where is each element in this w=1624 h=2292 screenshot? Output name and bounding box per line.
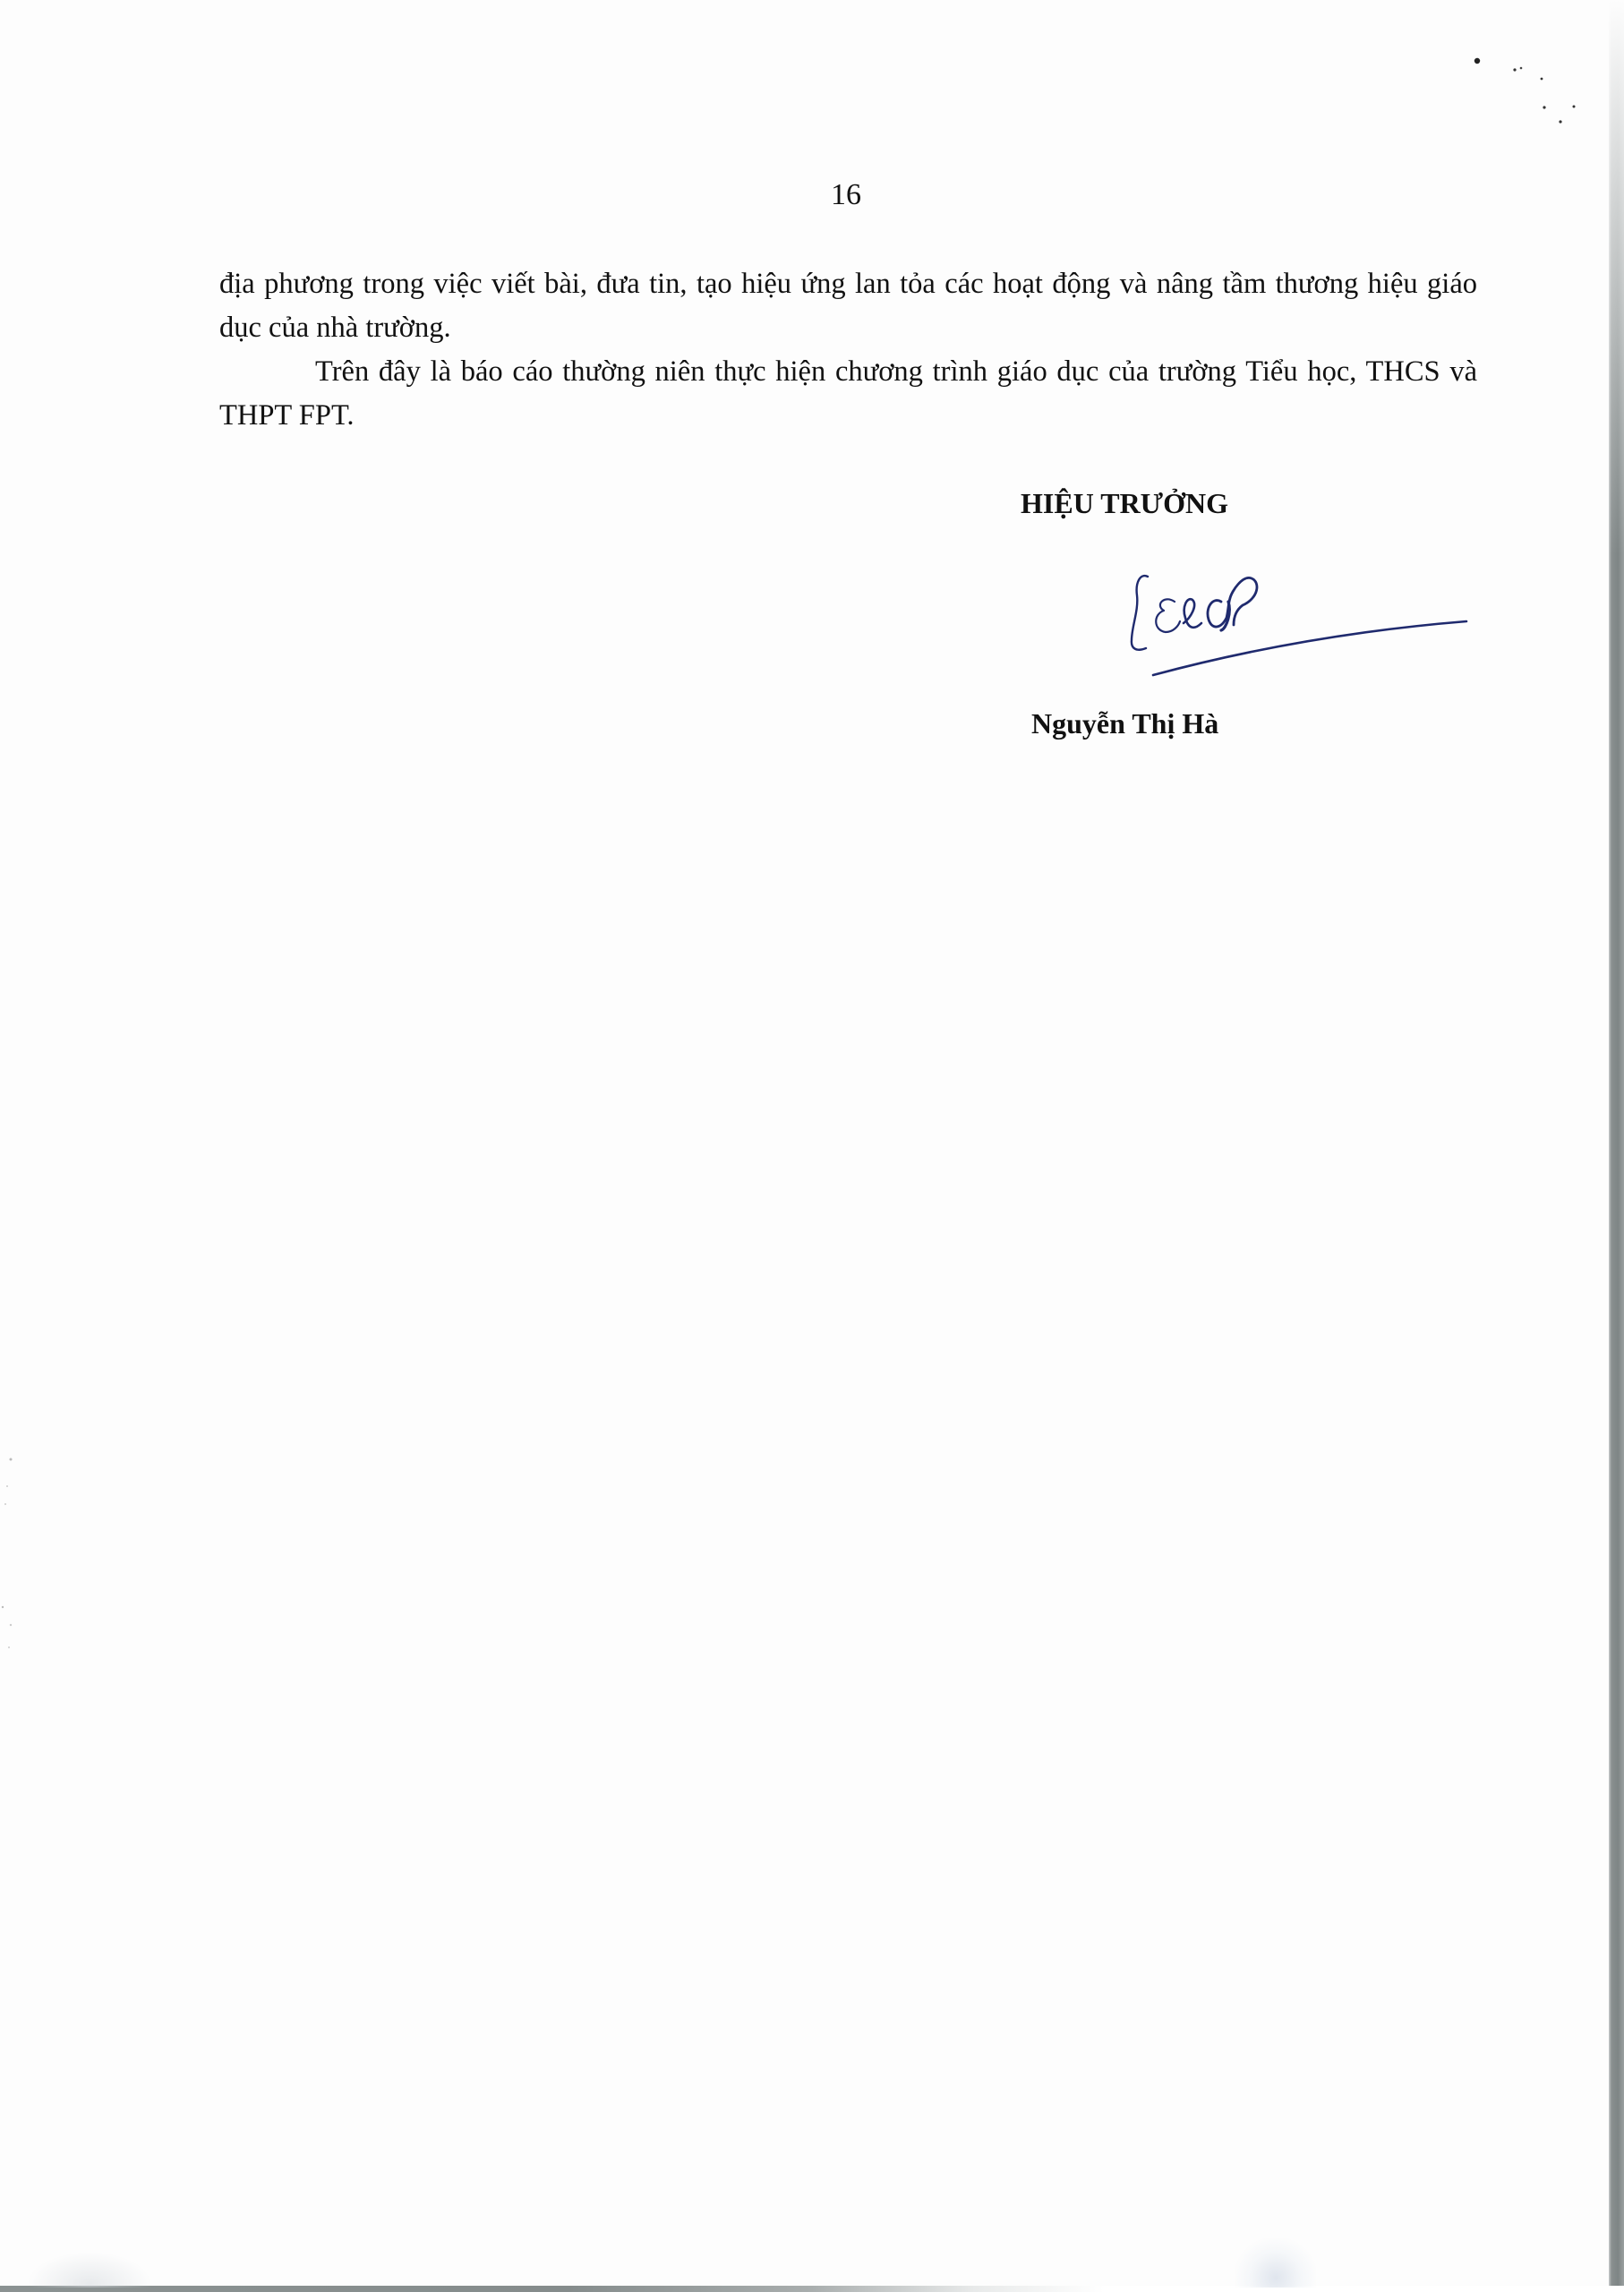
body-text: địa phương trong việc viết bài, đưa tin,…	[219, 262, 1477, 438]
scan-specks-icon	[1432, 27, 1624, 152]
signer-name: Nguyễn Thị Hà	[1031, 706, 1218, 741]
scan-specks-icon	[0, 1432, 36, 1665]
paragraph-continuation: địa phương trong việc viết bài, đưa tin,…	[219, 262, 1477, 350]
scan-bottom-edge	[0, 2286, 1624, 2292]
signatory-title: HIỆU TRƯỞNG	[1021, 485, 1228, 521]
scan-smudge	[27, 2252, 152, 2288]
page-number: 16	[0, 177, 1624, 213]
paragraph-closing: Trên đây là báo cáo thường niên thực hiệ…	[219, 350, 1477, 438]
scan-smudge	[1235, 2238, 1316, 2288]
signature-icon	[1101, 555, 1477, 689]
document-page: 16 địa phương trong việc viết bài, đưa t…	[0, 0, 1624, 2292]
